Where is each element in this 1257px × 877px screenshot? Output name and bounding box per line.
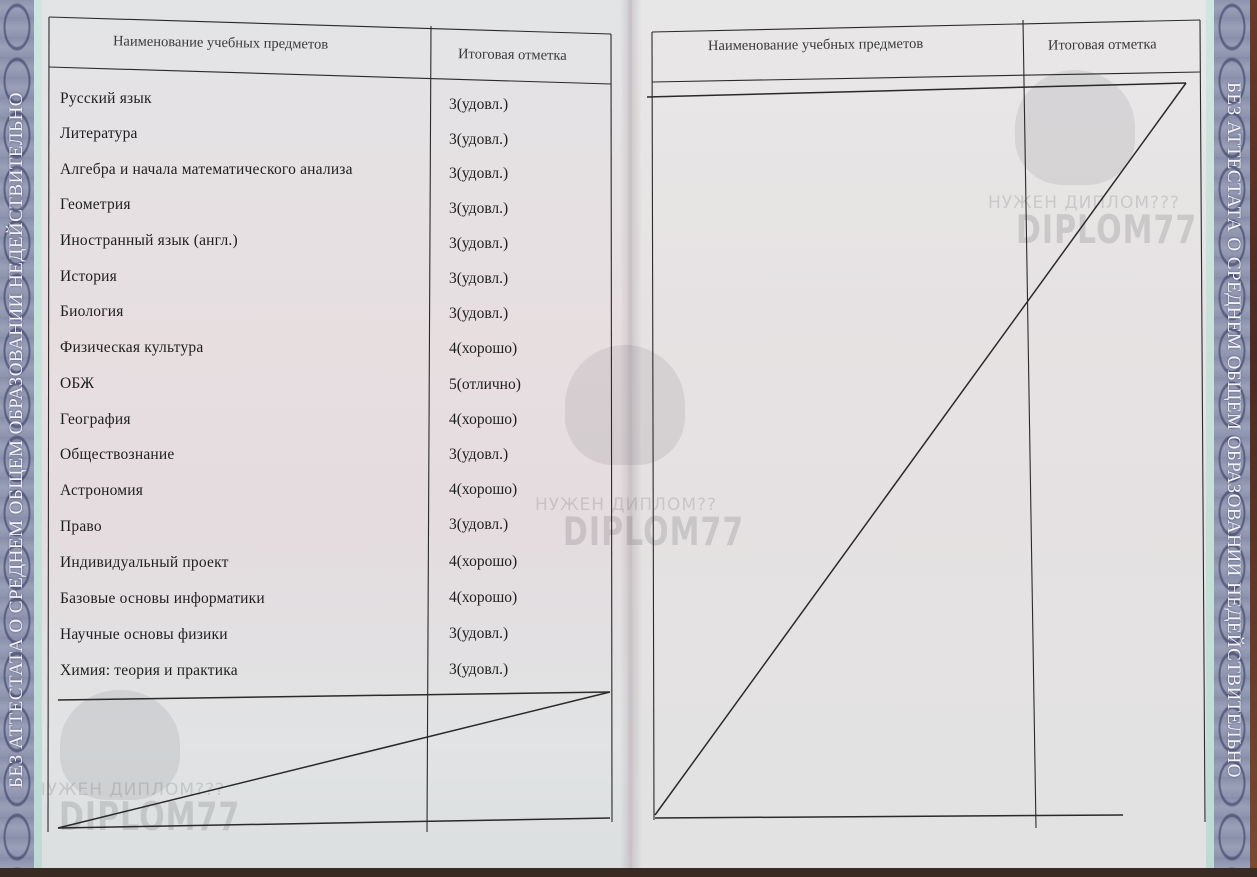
table-row-subject: Индивидуальный проект <box>60 554 229 572</box>
security-band-edge <box>1206 0 1214 877</box>
table-row-grade: 3(удовл.) <box>449 446 508 464</box>
right-column-header-grade: Итоговая отметка <box>1048 36 1157 54</box>
table-row-subject: Химия: теория и практика <box>60 662 238 680</box>
right-column-header-subject: Наименование учебных предметов <box>708 36 923 55</box>
table-row-grade: 3(удовл.) <box>449 200 508 218</box>
security-band-right: БЕЗ АТТЕСТАТА О СРЕДНЕМ ОБЩЕМ ОБРАЗОВАНИ… <box>1214 0 1250 877</box>
table-row-subject: Иностранный язык (англ.) <box>60 232 238 250</box>
table-row-grade: 4(хорошо) <box>449 411 517 429</box>
table-row-grade: 3(удовл.) <box>449 661 508 679</box>
background-table <box>0 868 1257 877</box>
table-row-grade: 4(хорошо) <box>449 340 517 358</box>
left-column-header-subject: Наименование учебных предметов <box>113 33 328 53</box>
table-row-subject: Обществознание <box>60 446 174 464</box>
watermark-left: НУЖЕН ДИПЛОМ??? DIPLOM77 <box>33 780 240 835</box>
left-column-header-grade: Итоговая отметка <box>458 46 567 65</box>
table-row-subject: Алгебра и начала математического анализа <box>60 161 353 179</box>
watermark-right: НУЖЕН ДИПЛОМ??? DIPLOM77 <box>988 193 1197 248</box>
table-row-grade: 3(удовл.) <box>449 305 508 323</box>
background-fabric <box>1250 0 1257 877</box>
table-row-grade: 4(хорошо) <box>449 553 517 571</box>
table-row-grade: 3(удовл.) <box>449 96 508 114</box>
table-row-subject: География <box>60 411 131 429</box>
security-band-text: БЕЗ АТТЕСТАТА О СРЕДНЕМ ОБЩЕМ ОБРАЗОВАНИ… <box>6 92 28 788</box>
table-row-subject: ОБЖ <box>60 375 94 393</box>
table-row-subject: Астрономия <box>60 482 143 500</box>
table-row-grade: 5(отлично) <box>449 376 521 394</box>
table-row-subject: Русский язык <box>60 90 152 108</box>
table-row-grade: 3(удовл.) <box>449 131 508 149</box>
table-row-subject: Геометрия <box>60 196 131 214</box>
table-row-subject: Физическая культура <box>60 339 203 357</box>
table-row-grade: 3(удовл.) <box>449 625 508 643</box>
watermark-logo-icon <box>1015 70 1135 185</box>
table-row-grade: 3(удовл.) <box>449 516 508 534</box>
table-row-grade: 4(хорошо) <box>449 481 517 499</box>
table-row-subject: Право <box>60 518 102 536</box>
security-band-edge <box>34 0 42 877</box>
table-row-subject: Биология <box>60 303 124 321</box>
table-row-subject: История <box>60 268 117 286</box>
security-band-left: БЕЗ АТТЕСТАТА О СРЕДНЕМ ОБЩЕМ ОБРАЗОВАНИ… <box>0 0 34 877</box>
table-row-grade: 4(хорошо) <box>449 589 517 607</box>
table-row-subject: Литература <box>60 125 138 143</box>
watermark-center: НУЖЕН ДИПЛОМ?? DIPLOM77 <box>535 495 744 550</box>
watermark-logo-icon <box>565 345 685 465</box>
table-row-grade: 3(удовл.) <box>449 165 508 183</box>
table-row-grade: 3(удовл.) <box>449 270 508 288</box>
security-band-text: БЕЗ АТТЕСТАТА О СРЕДНЕМ ОБЩЕМ ОБРАЗОВАНИ… <box>1222 82 1244 778</box>
table-row-subject: Научные основы физики <box>60 626 228 644</box>
table-row-subject: Базовые основы информатики <box>60 590 265 608</box>
table-row-grade: 3(удовл.) <box>449 235 508 253</box>
